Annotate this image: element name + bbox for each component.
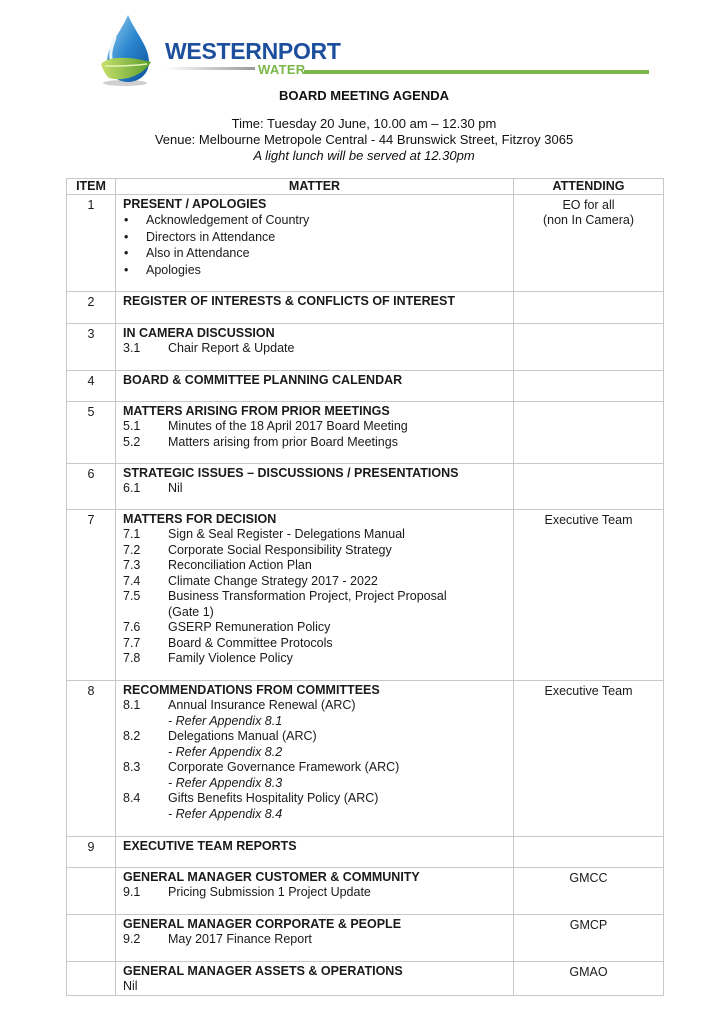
agenda-row: 7MATTERS FOR DECISION7.1Sign & Seal Regi… [67, 510, 664, 681]
sub-item: 7.6GSERP Remuneration Policy [123, 620, 507, 636]
attending-text: Executive Team [514, 513, 663, 528]
attending-text: GMCP [514, 918, 663, 933]
meeting-venue: Venue: Melbourne Metropole Central - 44 … [0, 132, 728, 147]
sub-item: 9.1Pricing Submission 1 Project Update [123, 885, 507, 901]
matter-title: GENERAL MANAGER CORPORATE & PEOPLE [123, 917, 507, 932]
appendix-reference: - Refer Appendix 8.2 [168, 745, 282, 759]
attending-cell [514, 324, 664, 371]
sub-item: 8.3Corporate Governance Framework (ARC)-… [123, 760, 507, 791]
matter-note: Nil [123, 979, 507, 995]
sub-item-number: 5.2 [123, 435, 168, 451]
column-header-item: ITEM [67, 179, 116, 195]
agenda-row: 5MATTERS ARISING FROM PRIOR MEETINGS5.1M… [67, 402, 664, 464]
attending-text: GMCC [514, 871, 663, 886]
sub-item-number: 7.2 [123, 543, 168, 559]
sub-item: 7.7Board & Committee Protocols [123, 636, 507, 652]
sub-item-text: Matters arising from prior Board Meeting… [168, 435, 507, 451]
sub-item-text: Board & Committee Protocols [168, 636, 507, 652]
agenda-row: 2REGISTER OF INTERESTS & CONFLICTS OF IN… [67, 292, 664, 324]
appendix-reference: - Refer Appendix 8.3 [168, 776, 282, 790]
matter-title: MATTERS ARISING FROM PRIOR MEETINGS [123, 404, 507, 419]
sub-item-text: Chair Report & Update [168, 341, 507, 357]
item-number: 9 [67, 837, 116, 868]
attending-cell [514, 464, 664, 510]
bullet-item: •Acknowledgement of Country [123, 212, 507, 229]
sub-item-number: 9.1 [123, 885, 168, 901]
matter-cell: GENERAL MANAGER CORPORATE & PEOPLE9.2May… [116, 915, 514, 962]
agenda-row: GENERAL MANAGER ASSETS & OPERATIONSNilGM… [67, 962, 664, 996]
item-number [67, 868, 116, 915]
agenda-row: 3IN CAMERA DISCUSSION3.1Chair Report & U… [67, 324, 664, 371]
bullet-text: Directors in Attendance [146, 229, 275, 246]
sub-item-text: GSERP Remuneration Policy [168, 620, 507, 636]
sub-item: 3.1Chair Report & Update [123, 341, 507, 357]
agenda-row: 1PRESENT / APOLOGIES•Acknowledgement of … [67, 195, 664, 292]
sub-item: 5.1Minutes of the 18 April 2017 Board Me… [123, 419, 507, 435]
sub-item-text: Family Violence Policy [168, 651, 507, 667]
sub-item-text: Delegations Manual (ARC) [168, 729, 507, 745]
attending-text: Executive Team [514, 684, 663, 699]
matter-cell: PRESENT / APOLOGIES•Acknowledgement of C… [116, 195, 514, 292]
matter-cell: EXECUTIVE TEAM REPORTS [116, 837, 514, 868]
matter-title: EXECUTIVE TEAM REPORTS [123, 839, 507, 854]
sub-item-text-continued: (Gate 1) [168, 605, 507, 621]
item-number: 6 [67, 464, 116, 510]
agenda-row: GENERAL MANAGER CORPORATE & PEOPLE9.2May… [67, 915, 664, 962]
sub-item: 5.2Matters arising from prior Board Meet… [123, 435, 507, 451]
matter-cell: MATTERS FOR DECISION7.1Sign & Seal Regis… [116, 510, 514, 681]
sub-item: 7.4Climate Change Strategy 2017 - 2022 [123, 574, 507, 590]
matter-cell: STRATEGIC ISSUES – DISCUSSIONS / PRESENT… [116, 464, 514, 510]
item-number: 8 [67, 681, 116, 837]
attending-cell [514, 402, 664, 464]
attending-cell: GMCP [514, 915, 664, 962]
attending-cell: Executive Team [514, 510, 664, 681]
matter-title: GENERAL MANAGER CUSTOMER & COMMUNITY [123, 870, 507, 885]
sub-item-text: Sign & Seal Register - Delegations Manua… [168, 527, 507, 543]
item-number: 5 [67, 402, 116, 464]
logo-grey-swoosh [165, 67, 255, 70]
sub-item-number: 8.2 [123, 729, 168, 760]
matter-title: IN CAMERA DISCUSSION [123, 326, 507, 341]
sub-item: 7.3Reconciliation Action Plan [123, 558, 507, 574]
logo-wordmark: WESTERNPORT [165, 38, 341, 65]
matter-cell: IN CAMERA DISCUSSION3.1Chair Report & Up… [116, 324, 514, 371]
agenda-table: ITEM MATTER ATTENDING 1PRESENT / APOLOGI… [66, 178, 664, 996]
bullet-text: Also in Attendance [146, 245, 250, 262]
item-number: 4 [67, 371, 116, 402]
attending-cell [514, 292, 664, 324]
logo-subwordmark: WATER. [258, 62, 309, 77]
appendix-reference: - Refer Appendix 8.4 [168, 807, 282, 821]
sub-item-text: Gifts Benefits Hospitality Policy (ARC) [168, 791, 507, 807]
sub-item-text: Annual Insurance Renewal (ARC) [168, 698, 507, 714]
sub-item: 7.1Sign & Seal Register - Delegations Ma… [123, 527, 507, 543]
sub-item-number: 9.2 [123, 932, 168, 948]
sub-item: 8.2Delegations Manual (ARC)- Refer Appen… [123, 729, 507, 760]
sub-item: 9.2May 2017 Finance Report [123, 932, 507, 948]
table-header-row: ITEM MATTER ATTENDING [67, 179, 664, 195]
sub-item-text: Corporate Social Responsibility Strategy [168, 543, 507, 559]
item-number [67, 915, 116, 962]
sub-item-text: Business Transformation Project, Project… [168, 589, 507, 605]
meeting-time: Time: Tuesday 20 June, 10.00 am – 12.30 … [0, 116, 728, 131]
bullet-icon: • [123, 212, 146, 229]
matter-cell: REGISTER OF INTERESTS & CONFLICTS OF INT… [116, 292, 514, 324]
agenda-row: GENERAL MANAGER CUSTOMER & COMMUNITY9.1P… [67, 868, 664, 915]
sub-item: 7.2Corporate Social Responsibility Strat… [123, 543, 507, 559]
attending-cell [514, 837, 664, 868]
matter-title: REGISTER OF INTERESTS & CONFLICTS OF INT… [123, 294, 507, 309]
sub-item-number: 7.3 [123, 558, 168, 574]
matter-cell: GENERAL MANAGER CUSTOMER & COMMUNITY9.1P… [116, 868, 514, 915]
matter-title: RECOMMENDATIONS FROM COMMITTEES [123, 683, 507, 698]
appendix-reference: - Refer Appendix 8.1 [168, 714, 282, 728]
sub-item: 8.4Gifts Benefits Hospitality Policy (AR… [123, 791, 507, 822]
item-number: 2 [67, 292, 116, 324]
attending-text: GMAO [514, 965, 663, 980]
sub-item-number: 3.1 [123, 341, 168, 357]
matter-cell: RECOMMENDATIONS FROM COMMITTEES8.1Annual… [116, 681, 514, 837]
sub-item-text: Nil [168, 481, 507, 497]
sub-item: 7.8Family Violence Policy [123, 651, 507, 667]
document-title: BOARD MEETING AGENDA [0, 88, 728, 103]
sub-item-number: 5.1 [123, 419, 168, 435]
sub-item-number: 7.1 [123, 527, 168, 543]
bullet-icon: • [123, 262, 146, 279]
sub-item-number: 8.1 [123, 698, 168, 729]
sub-item-number: 8.3 [123, 760, 168, 791]
matter-title: GENERAL MANAGER ASSETS & OPERATIONS [123, 964, 507, 979]
bullet-text: Apologies [146, 262, 201, 279]
bullet-item: •Directors in Attendance [123, 229, 507, 246]
sub-item: 7.5Business Transformation Project, Proj… [123, 589, 507, 620]
sub-item-number: 7.7 [123, 636, 168, 652]
bullet-text: Acknowledgement of Country [146, 212, 309, 229]
attending-cell: GMAO [514, 962, 664, 996]
bullet-icon: • [123, 245, 146, 262]
matter-cell: MATTERS ARISING FROM PRIOR MEETINGS5.1Mi… [116, 402, 514, 464]
matter-title: STRATEGIC ISSUES – DISCUSSIONS / PRESENT… [123, 466, 507, 481]
sub-item-text: May 2017 Finance Report [168, 932, 507, 948]
item-number: 1 [67, 195, 116, 292]
matter-cell: BOARD & COMMITTEE PLANNING CALENDAR [116, 371, 514, 402]
sub-item-text: Pricing Submission 1 Project Update [168, 885, 507, 901]
sub-item: 6.1Nil [123, 481, 507, 497]
agenda-row: 4BOARD & COMMITTEE PLANNING CALENDAR [67, 371, 664, 402]
sub-item-text: Reconciliation Action Plan [168, 558, 507, 574]
agenda-row: 8RECOMMENDATIONS FROM COMMITTEES8.1Annua… [67, 681, 664, 837]
attending-cell: Executive Team [514, 681, 664, 837]
sub-item-text: Climate Change Strategy 2017 - 2022 [168, 574, 507, 590]
column-header-matter: MATTER [116, 179, 514, 195]
sub-item-number: 7.4 [123, 574, 168, 590]
bullet-icon: • [123, 229, 146, 246]
item-number: 7 [67, 510, 116, 681]
sub-item-number: 7.6 [123, 620, 168, 636]
column-header-attending: ATTENDING [514, 179, 664, 195]
item-number [67, 962, 116, 996]
sub-item: 8.1Annual Insurance Renewal (ARC)- Refer… [123, 698, 507, 729]
agenda-row: 9EXECUTIVE TEAM REPORTS [67, 837, 664, 868]
matter-cell: GENERAL MANAGER ASSETS & OPERATIONSNil [116, 962, 514, 996]
matter-title: PRESENT / APOLOGIES [123, 197, 507, 212]
sub-item-number: 8.4 [123, 791, 168, 822]
item-number: 3 [67, 324, 116, 371]
westernport-water-logo: WESTERNPORT WATER. [95, 12, 655, 88]
bullet-item: •Also in Attendance [123, 245, 507, 262]
agenda-row: 6STRATEGIC ISSUES – DISCUSSIONS / PRESEN… [67, 464, 664, 510]
matter-title: BOARD & COMMITTEE PLANNING CALENDAR [123, 373, 507, 388]
sub-item-text: Corporate Governance Framework (ARC) [168, 760, 507, 776]
matter-title: MATTERS FOR DECISION [123, 512, 507, 527]
sub-item-text: Minutes of the 18 April 2017 Board Meeti… [168, 419, 507, 435]
attending-cell [514, 371, 664, 402]
water-drop-icon [95, 12, 165, 88]
attending-text: EO for all [514, 198, 663, 213]
logo-green-rule [304, 70, 649, 74]
sub-item-number: 7.5 [123, 589, 168, 620]
sub-item-number: 6.1 [123, 481, 168, 497]
attending-cell: GMCC [514, 868, 664, 915]
attending-text: (non In Camera) [514, 213, 663, 228]
lunch-note: A light lunch will be served at 12.30pm [0, 148, 728, 163]
attending-cell: EO for all(non In Camera) [514, 195, 664, 292]
bullet-item: •Apologies [123, 262, 507, 279]
sub-item-number: 7.8 [123, 651, 168, 667]
